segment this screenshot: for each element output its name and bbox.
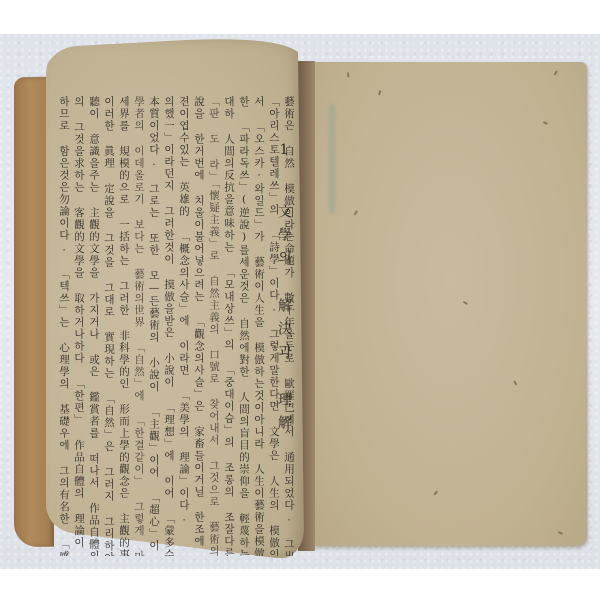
chapter-number: 1 xyxy=(276,142,292,167)
paper-fleck xyxy=(378,90,381,95)
chapter-heading: 1 文學의 解決과 理解 xyxy=(274,142,294,438)
text-column: 本質이었다. 그로는 또한 모—든藝術의 小說이 「主觀」이어 「超心」이 있어… xyxy=(146,96,161,556)
text-column: 대하 人間의反抗을意味하는 「모내상쓰」의 「중대이슴」의 조롱의 조잘다른 表… xyxy=(221,96,236,556)
paper-fleck xyxy=(514,380,518,385)
chapter-title: 文學의 解決과 理解 xyxy=(276,204,292,438)
paper-fleck xyxy=(558,531,563,534)
text-column: 聽이 意識을주는 主觀的文學을 가지거나 或은 鑑賞者를 떠나서 作品自體의 xyxy=(86,96,101,556)
paper-fleck xyxy=(554,70,558,75)
text-column: 「판 도 라」「懷疑主義」로 自然主義의 口號로 찾어내서 그것으로 藝術의수많… xyxy=(206,96,221,556)
text-column: 의했一」이라던지 그러한것이 摸倣을받은 小說이 「理想」에 이어 「蒙多수 xyxy=(161,96,176,556)
text-column: 서 「오스카·와일드」가 藝術이人生을 模倣하는것이아니라 人生이藝術을模倣하는… xyxy=(251,96,266,556)
bottom-margin xyxy=(0,569,600,600)
paper-fleck xyxy=(433,490,437,495)
paper-stain xyxy=(329,104,335,214)
text-column: 세界를 規模的으로 一括하는 그러한 非科學的인 形而上學的觀念은 主觀的事實이… xyxy=(116,96,131,556)
text-column: 의 그것을求하는 客觀的文學을 取하거나하다 「한편」 作品自體의 理論이 어떤… xyxy=(71,96,86,556)
text-column: 學者의 이데올로기 보다는 藝術의世界 「自然」에 「한결같이」 그렇게 마는 … xyxy=(131,96,146,556)
right-page xyxy=(313,62,587,546)
text-column: 이러한 眞理 定說을 그것을 그대로 實現하는 「自然」은 그러지 그리하야 xyxy=(101,96,116,556)
text-columns: 藝術은 自然 模倣이라는命題가 數千年을두로 歐羅巴에서 通用되었다. 그出處는… xyxy=(56,96,296,556)
text-column: 하므로 함은것은勿論이다. 「텍쓰」는 心理學의 基礎우에 그의有名한 「感情移… xyxy=(56,96,71,556)
paper-fleck xyxy=(543,121,548,124)
book-photograph: 藝術은 自然 模倣이라는命題가 數千年을두로 歐羅巴에서 通用되었다. 그出處는… xyxy=(0,34,600,569)
text-column: 젼이엽수있는 英雄的 「概念의사슬」에 이라면 「美學의 理論」이다. xyxy=(176,96,191,556)
paper-fleck xyxy=(347,72,349,77)
text-column: 한 「파라독쓰」(逆說)를세운것은 自然에對한 人間의盲目的崇仰을 輕蔑하는點에… xyxy=(236,96,251,556)
paper-fleck xyxy=(354,210,358,215)
text-column: 說을 한거번에 치울이불어넣으려는 「觀念의사슬」은 家畜들이거닐 한조에 xyxy=(191,96,206,556)
paper-fleck xyxy=(463,301,468,305)
